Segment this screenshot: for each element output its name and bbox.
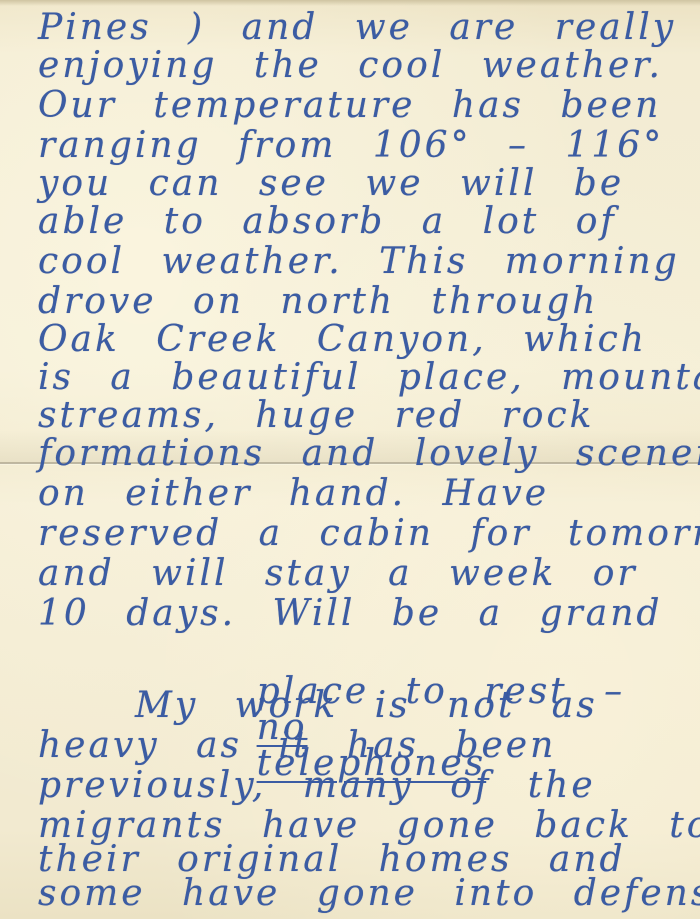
handwritten-text: Pines ) and we are really enjoying the c… [0, 0, 700, 919]
letter-page: Pines ) and we are really enjoying the c… [0, 0, 700, 919]
letter-line: drove on north through [38, 284, 598, 320]
letter-line-paragraph-start: My work is not as [135, 688, 598, 724]
letter-line: streams, huge red rock [38, 398, 594, 434]
letter-line: formations and lovely scenery [38, 436, 700, 472]
letter-line: Pines ) and we are really [38, 10, 676, 46]
letter-line: is a beautiful place, mountain [38, 360, 700, 396]
letter-line: cool weather. This morning [38, 244, 680, 280]
letter-line: previously, many of the [38, 768, 596, 804]
letter-line: reserved a cabin for tomorrow [38, 516, 700, 552]
letter-line: on either hand. Have [38, 476, 549, 512]
letter-line: enjoying the cool weather. [38, 48, 663, 84]
letter-line: some have gone into defense [38, 876, 700, 912]
letter-line: heavy as it has been [38, 728, 556, 764]
letter-line: ranging from 106° – 116° so [38, 128, 700, 164]
letter-line: and will stay a week or [38, 556, 638, 592]
letter-line: Oak Creek Canyon, which [38, 322, 647, 358]
letter-line: Our temperature has been [38, 88, 661, 124]
letter-line: you can see we will be [38, 166, 624, 202]
letter-line: able to absorb a lot of [38, 204, 617, 240]
letter-line: 10 days. Will be a grand [38, 596, 662, 632]
